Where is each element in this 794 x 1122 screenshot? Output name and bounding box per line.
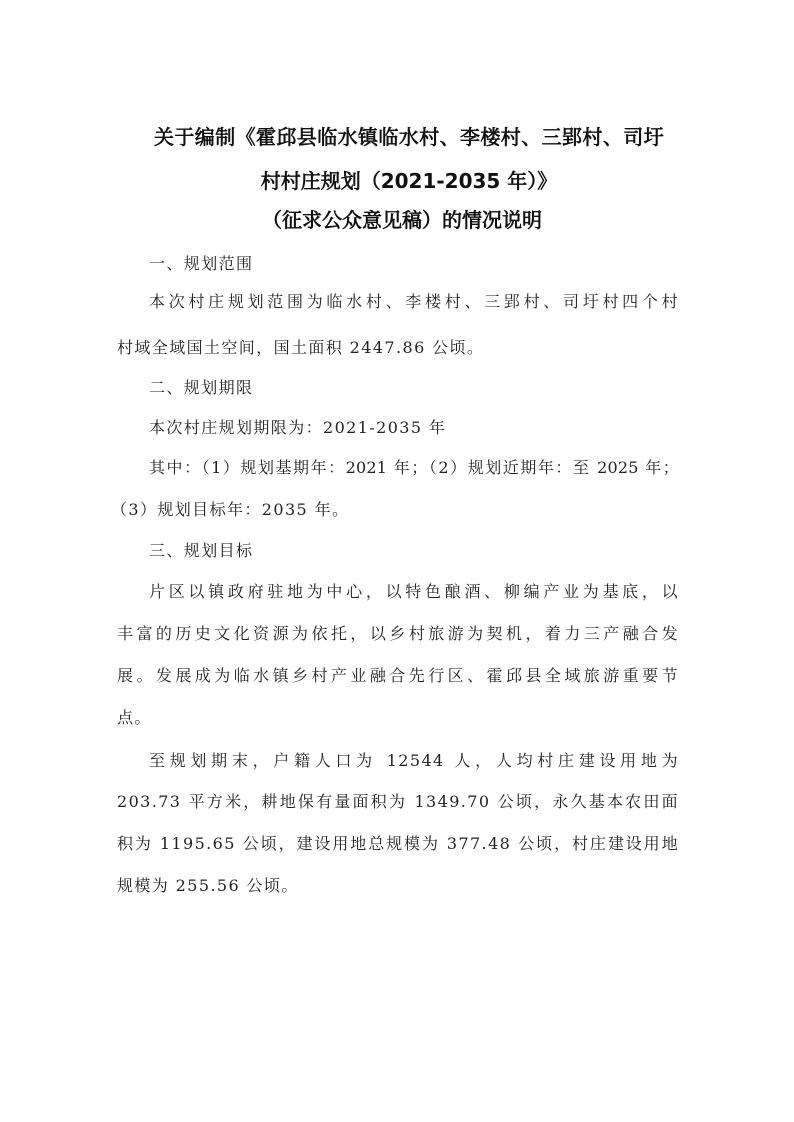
section-heading-scope: 一、规划范围 — [149, 254, 679, 274]
paragraph-line: （3）规划目标年：2035 年。 — [111, 500, 673, 520]
document-title-line-2: 村村庄规划（2021-2035 年）》 — [12, 169, 794, 193]
document-title-line-3: （征求公众意见稿）的情况说明 — [5, 208, 794, 232]
paragraph-line: 点。 — [117, 708, 679, 728]
document-title-line-1: 关于编制《霍邱县临水镇临水村、李楼村、三郢村、司圩 — [12, 125, 794, 149]
paragraph-line: 丰富的历史文化资源为依托，以乡村旅游为契机，着力三产融合发 — [117, 624, 679, 644]
paragraph-line: 至规划期末，户籍人口为 12544 人，人均村庄建设用地为 — [149, 751, 679, 771]
paragraph-line: 积为 1195.65 公顷，建设用地总规模为 377.48 公顷，村庄建设用地 — [117, 834, 679, 854]
paragraph-line: 规模为 255.56 公顷。 — [117, 876, 679, 896]
paragraph-line: 片区以镇政府驻地为中心，以特色酿酒、柳编产业为基底，以 — [149, 582, 679, 602]
paragraph-line: 其中：（1）规划基期年：2021 年；（2）规划近期年：至 2025 年； — [149, 458, 679, 478]
paragraph-line: 村域全域国土空间，国土面积 2447.86 公顷。 — [117, 338, 679, 358]
document-page: 关于编制《霍邱县临水镇临水村、李楼村、三郢村、司圩 村村庄规划（2021-203… — [0, 0, 794, 1122]
paragraph-line: 本次村庄规划范围为临水村、李楼村、三郢村、司圩村四个村 — [149, 292, 679, 312]
paragraph-line: 展。发展成为临水镇乡村产业融合先行区、霍邱县全域旅游重要节 — [117, 666, 679, 686]
paragraph-line: 203.73 平方米，耕地保有量面积为 1349.70 公顷，永久基本农田面 — [117, 792, 679, 812]
section-heading-goals: 三、规划目标 — [149, 541, 679, 561]
section-heading-period: 二、规划期限 — [149, 378, 679, 398]
paragraph-line: 本次村庄规划期限为：2021-2035 年 — [149, 418, 679, 438]
